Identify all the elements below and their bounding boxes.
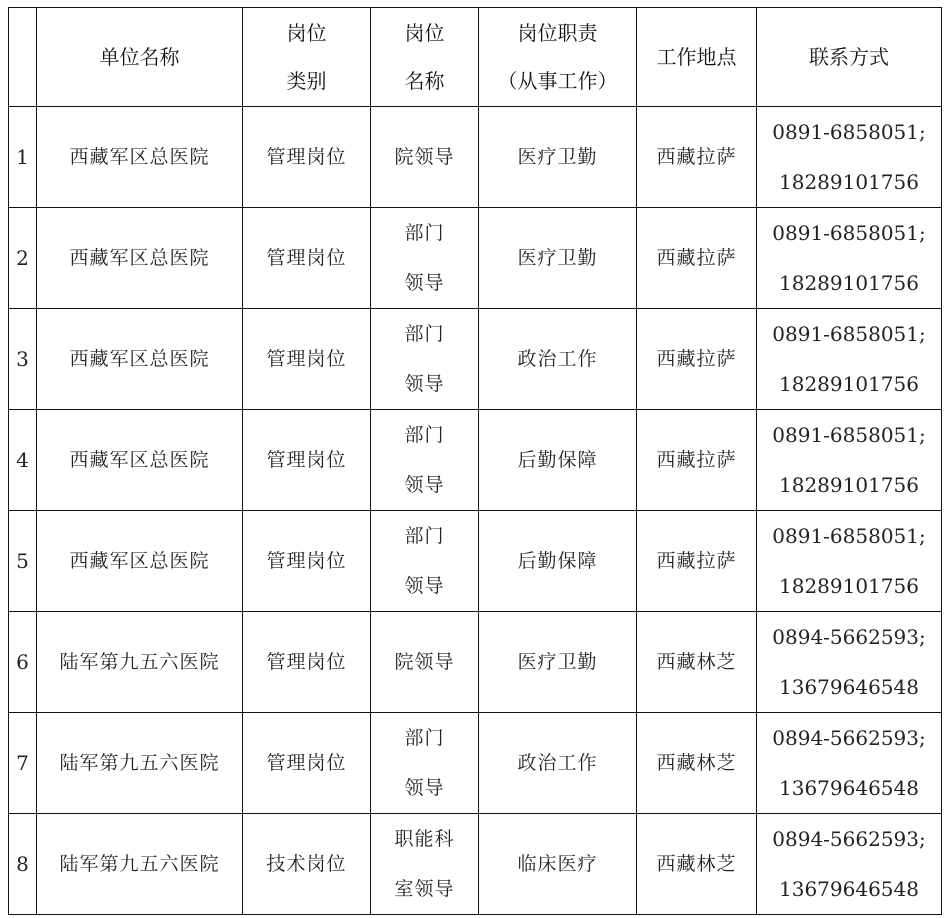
location: 西藏拉萨 [637,107,757,208]
row-index: 6 [9,612,37,713]
table-row: 3 西藏军区总医院 管理岗位 部门领导 政治工作 西藏拉萨 0891-68580… [9,309,942,410]
row-index: 7 [9,713,37,814]
duty: 后勤保障 [479,511,637,612]
position-name: 院领导 [371,612,479,713]
contact: 0891-6858051;18289101756 [757,511,942,612]
unit-name: 西藏军区总医院 [37,410,243,511]
contact: 0891-6858051;18289101756 [757,309,942,410]
location: 西藏拉萨 [637,511,757,612]
table-row: 8 陆军第九五六医院 技术岗位 职能科室领导 临床医疗 西藏林芝 0894-56… [9,814,942,915]
position-name: 部门领导 [371,410,479,511]
unit-name: 西藏军区总医院 [37,511,243,612]
header-contact: 联系方式 [757,8,942,107]
position-name: 部门领导 [371,511,479,612]
contact: 0891-6858051;18289101756 [757,208,942,309]
contact: 0894-5662593;13679646548 [757,713,942,814]
position-category: 管理岗位 [243,410,371,511]
position-name: 职能科室领导 [371,814,479,915]
position-name: 部门领导 [371,713,479,814]
header-row: 单位名称 岗位类别 岗位名称 岗位职责（从事工作） 工作地点 联系方式 [9,8,942,107]
position-name: 部门领导 [371,208,479,309]
duty: 医疗卫勤 [479,107,637,208]
row-index: 3 [9,309,37,410]
table-row: 4 西藏军区总医院 管理岗位 部门领导 后勤保障 西藏拉萨 0891-68580… [9,410,942,511]
table-row: 7 陆军第九五六医院 管理岗位 部门领导 政治工作 西藏林芝 0894-5662… [9,713,942,814]
position-category: 技术岗位 [243,814,371,915]
unit-name: 西藏军区总医院 [37,208,243,309]
table-row: 6 陆军第九五六医院 管理岗位 院领导 医疗卫勤 西藏林芝 0894-56625… [9,612,942,713]
location: 西藏拉萨 [637,410,757,511]
header-position-name: 岗位名称 [371,8,479,107]
contact: 0891-6858051;18289101756 [757,107,942,208]
table-row: 2 西藏军区总医院 管理岗位 部门领导 医疗卫勤 西藏拉萨 0891-68580… [9,208,942,309]
header-unit-name: 单位名称 [37,8,243,107]
contact: 0894-5662593;13679646548 [757,612,942,713]
location: 西藏林芝 [637,814,757,915]
position-name: 部门领导 [371,309,479,410]
row-index: 8 [9,814,37,915]
row-index: 1 [9,107,37,208]
position-category: 管理岗位 [243,107,371,208]
position-category: 管理岗位 [243,612,371,713]
duty: 后勤保障 [479,410,637,511]
location: 西藏林芝 [637,713,757,814]
contact: 0894-5662593;13679646548 [757,814,942,915]
position-name: 院领导 [371,107,479,208]
duty: 政治工作 [479,309,637,410]
recruitment-table: 单位名称 岗位类别 岗位名称 岗位职责（从事工作） 工作地点 联系方式 1 西藏… [8,7,942,915]
duty: 医疗卫勤 [479,612,637,713]
header-position-category: 岗位类别 [243,8,371,107]
table-row: 1 西藏军区总医院 管理岗位 院领导 医疗卫勤 西藏拉萨 0891-685805… [9,107,942,208]
table-row: 5 西藏军区总医院 管理岗位 部门领导 后勤保障 西藏拉萨 0891-68580… [9,511,942,612]
location: 西藏拉萨 [637,208,757,309]
duty: 政治工作 [479,713,637,814]
row-index: 5 [9,511,37,612]
location: 西藏拉萨 [637,309,757,410]
unit-name: 西藏军区总医院 [37,107,243,208]
unit-name: 陆军第九五六医院 [37,814,243,915]
position-category: 管理岗位 [243,713,371,814]
row-index: 4 [9,410,37,511]
duty: 医疗卫勤 [479,208,637,309]
position-category: 管理岗位 [243,309,371,410]
unit-name: 陆军第九五六医院 [37,612,243,713]
position-category: 管理岗位 [243,511,371,612]
location: 西藏林芝 [637,612,757,713]
header-duty: 岗位职责（从事工作） [479,8,637,107]
contact: 0891-6858051;18289101756 [757,410,942,511]
position-category: 管理岗位 [243,208,371,309]
duty: 临床医疗 [479,814,637,915]
header-index [9,8,37,107]
row-index: 2 [9,208,37,309]
header-location: 工作地点 [637,8,757,107]
unit-name: 西藏军区总医院 [37,309,243,410]
unit-name: 陆军第九五六医院 [37,713,243,814]
